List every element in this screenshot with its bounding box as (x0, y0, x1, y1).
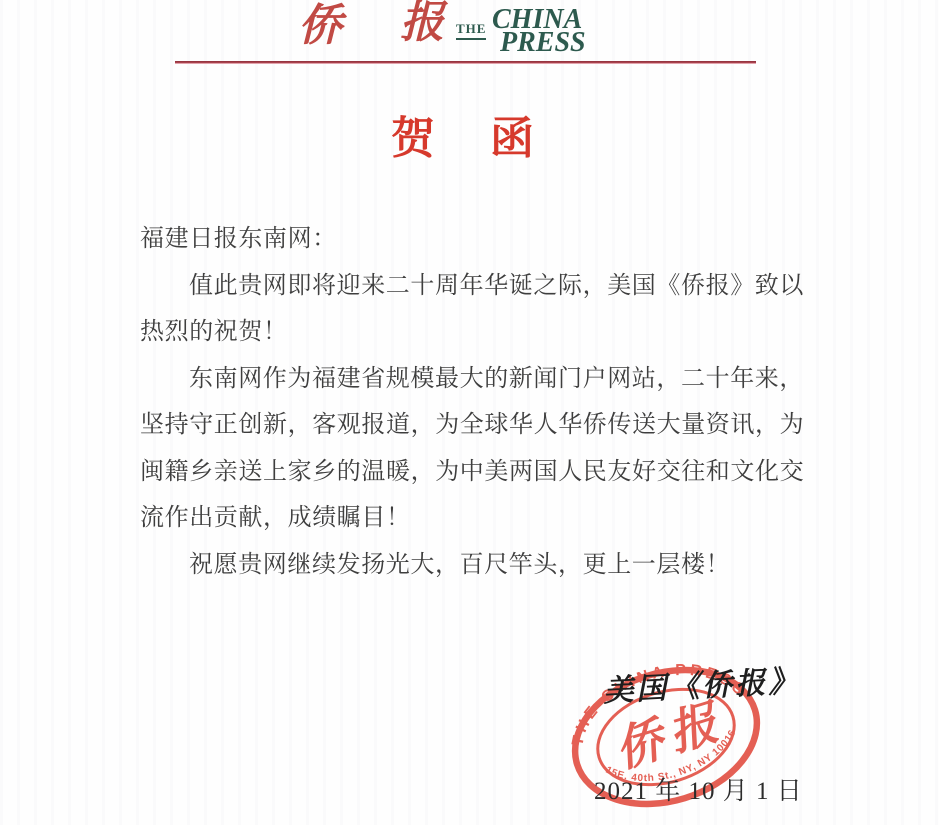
logo-char-bao: 报 (400, 1, 444, 45)
header-rule (175, 61, 756, 64)
logo-char-qiao: 侨 (298, 4, 342, 48)
body-line: 值此贵网即将迎来二十周年华诞之际，美国《侨报》致以 (140, 263, 820, 310)
letter-title: 贺 函 (391, 117, 534, 161)
letter-page: 侨 报 THE CHINA PRESS 贺 函 福建日报东南网： 值此贵网即将迎… (0, 0, 939, 825)
body-line: 福建日报东南网： (140, 216, 820, 263)
logo-the-label: THE (456, 21, 486, 40)
logo-press-label: PRESS (500, 29, 586, 57)
body-line: 东南网作为福建省规模最大的新闻门户网站，二十年来， (140, 356, 820, 403)
body-line: 闽籍乡亲送上家乡的温暖，为中美两国人民友好交往和文化交 (140, 449, 820, 496)
body-line: 热烈的祝贺！ (140, 309, 820, 356)
title-char-han: 函 (490, 117, 534, 161)
body-line: 祝愿贵网继续发扬光大，百尺竿头，更上一层楼！ (140, 542, 820, 589)
body-line: 流作出贡献，成绩瞩目！ (140, 495, 820, 542)
title-char-he: 贺 (391, 117, 435, 161)
letter-body: 福建日报东南网： 值此贵网即将迎来二十周年华诞之际，美国《侨报》致以 热烈的祝贺… (140, 216, 820, 588)
signature-date: 2021 年 10 月 1 日 (594, 771, 803, 807)
china-press-english-logo: THE CHINA PRESS (456, 8, 606, 58)
body-line: 坚持守正创新，客观报道，为全球华人华侨传送大量资讯，为 (140, 402, 820, 449)
china-press-chinese-logo: 侨 报 (298, 4, 444, 48)
